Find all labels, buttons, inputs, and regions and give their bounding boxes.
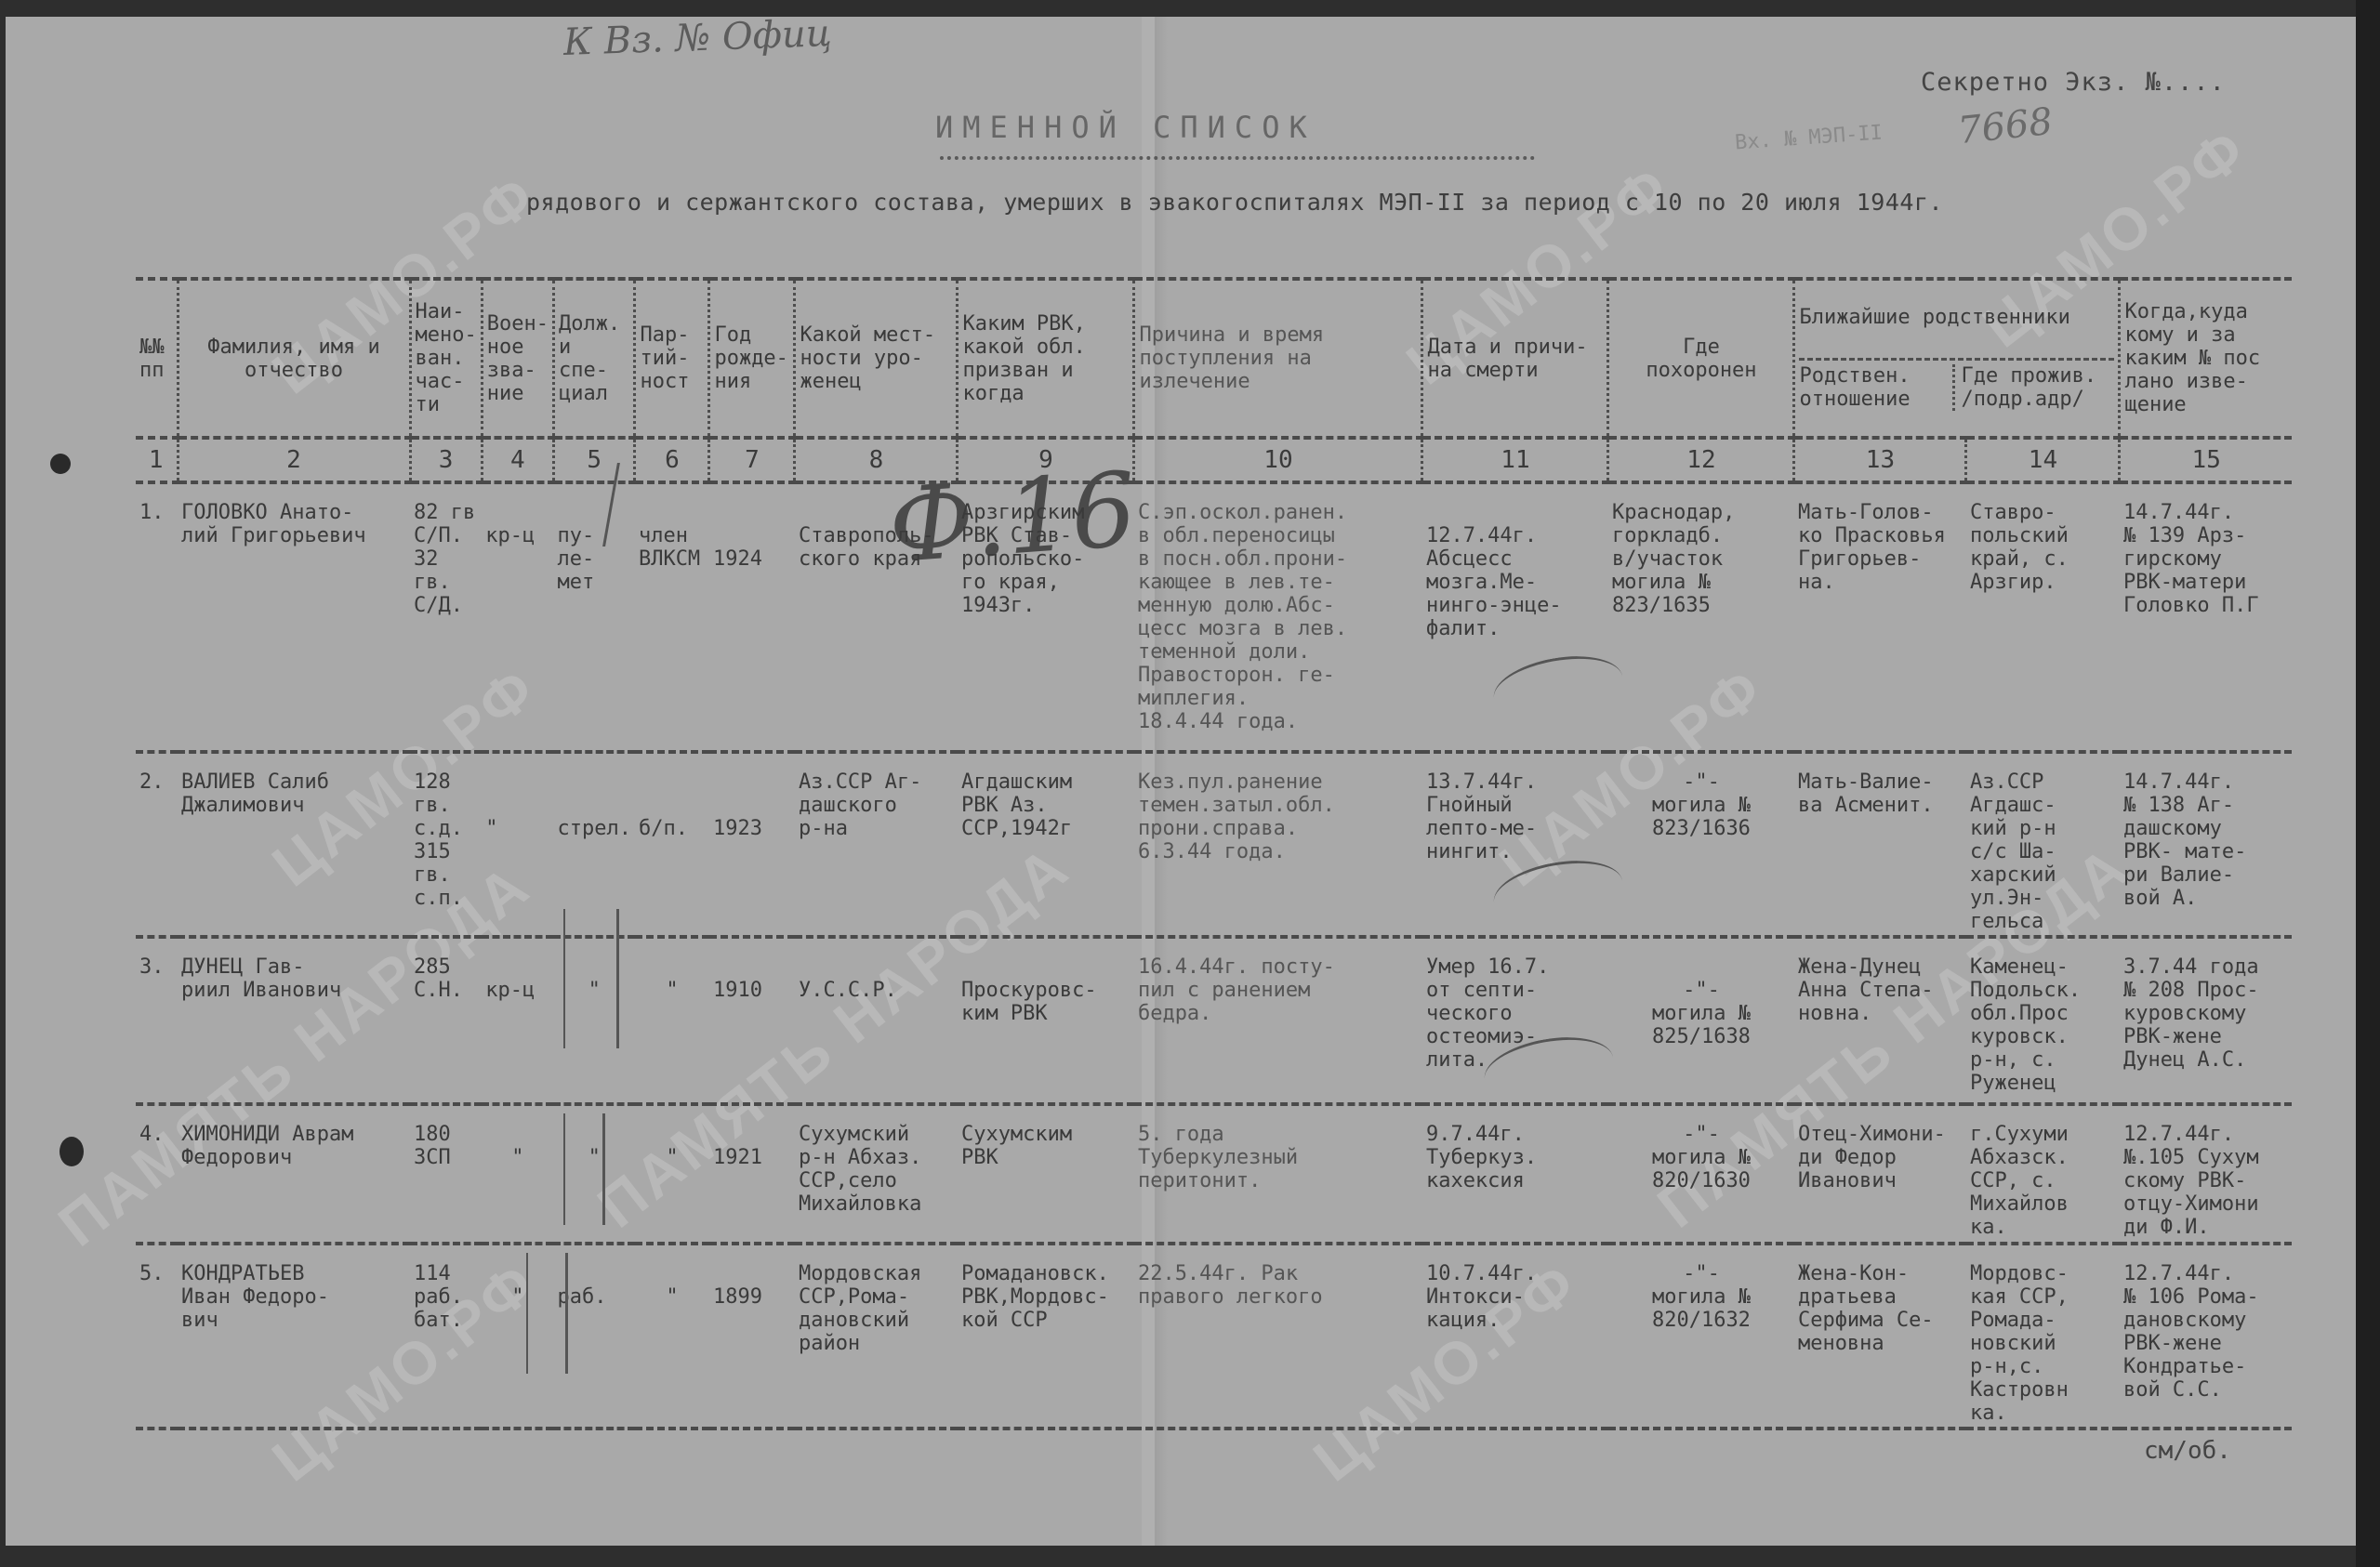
col-header-buried: Где похоронен (1608, 279, 1794, 438)
unit: 82 гв С/П. 32 гв. С/Д. (410, 482, 482, 752)
row-number: 2. (136, 752, 178, 937)
burial-place: -"- могила № 820/1630 (1608, 1104, 1794, 1244)
table-header-row: №№ пп Фамилия, имя и отчество Наи- мено-… (136, 279, 2292, 438)
origin: У.С.С.Р. (795, 937, 958, 1104)
birth-year: 1921 (709, 1104, 795, 1244)
col-num: 8 (795, 438, 958, 482)
col-num: 10 (1134, 438, 1422, 482)
origin: Сухумский р-н Абхаз. ССР,село Михайловка (795, 1104, 958, 1244)
relative-address: Каменец- Подольск. обл.Прос куровск. р-н… (1966, 937, 2120, 1104)
full-name: ВАЛИЕВ Салиб Джалимович (178, 752, 410, 937)
notice-sent: 14.7.44г. № 139 Арз- гирскому РВК-матери… (2120, 482, 2292, 752)
notice-sent: 12.7.44г. №.105 Сухум скому РВК- отцу-Хи… (2120, 1104, 2292, 1244)
pen-check-mark (563, 1113, 605, 1225)
relative-relation: Мать-Валие- ва Асменит. (1794, 752, 1966, 937)
relative-relation: Жена-Дунец Анна Степа- новна. (1794, 937, 1966, 1104)
full-name: ДУНЕЦ Гав- риил Иванович (178, 937, 410, 1104)
party: " (635, 937, 709, 1104)
birth-year: 1899 (709, 1244, 795, 1429)
admission: С.эп.оскол.ранен. в обл.переносицы в пос… (1134, 482, 1422, 752)
col-num: 12 (1608, 438, 1794, 482)
document-subtitle: рядового и сержантского состава, умерших… (526, 189, 1943, 216)
punch-hole (59, 1137, 84, 1166)
rank: " (482, 1104, 553, 1244)
unit: 128 гв. с.д. 315 гв. с.п. (410, 752, 482, 937)
col-num: 13 (1794, 438, 1966, 482)
table-row: 2. ВАЛИЕВ Салиб Джалимович 128 гв. с.д. … (136, 752, 2292, 937)
secrecy-label: Секретно Экз. №.... (1921, 68, 2226, 97)
pen-check-mark (563, 909, 619, 1048)
col-header-notice: Когда,куда кому и за каким № пос лано из… (2120, 279, 2292, 438)
birth-year: 1924 (709, 482, 795, 752)
table-row: 1. ГОЛОВКО Анато- лий Григорьевич 82 гв … (136, 482, 2292, 752)
rvk: Агдашским РВК Аз. ССР,1942г (958, 752, 1134, 937)
col-header-rank: Воен- ное зва- ние (482, 279, 553, 438)
rank: " (482, 752, 553, 937)
birth-year: 1923 (709, 752, 795, 937)
burial-place: -"- могила № 825/1638 (1608, 937, 1794, 1104)
scan-edge (2356, 0, 2380, 1567)
col-num: 4 (482, 438, 553, 482)
party: " (635, 1104, 709, 1244)
notice-sent: 14.7.44г. № 138 Аг- дашскому РВК- мате- … (2120, 752, 2292, 937)
see-reverse-note: см/об. (2144, 1437, 2231, 1465)
col-group-relatives: Ближайшие родственники Родствен. отношен… (1794, 279, 2120, 438)
col-header-rvk: Каким РВК, какой обл. призван и когда (958, 279, 1134, 438)
row-number: 5. (136, 1244, 178, 1429)
group-header-relatives: Ближайшие родственники (1799, 306, 2114, 329)
col-num: 11 (1422, 438, 1608, 482)
col-num: 6 (635, 438, 709, 482)
relative-relation: Мать-Голов- ко Прасковья Григорьев- на. (1794, 482, 1966, 752)
relative-relation: Жена-Кон- дратьева Серфима Се- меновна (1794, 1244, 1966, 1429)
col-header-origin: Какой мест- ности уро- женец (795, 279, 958, 438)
rank: кр-ц (482, 937, 553, 1104)
burial-place: -"- могила № 823/1636 (1608, 752, 1794, 937)
relative-address: Аз.ССР Агдашс- кий р-н с/с Ша- харский у… (1966, 752, 2120, 937)
relative-address: Ставро- польский край, с. Арзгир. (1966, 482, 2120, 752)
registration-stamp: Вх. № МЭП-II (1734, 121, 1883, 154)
unit: 180 ЗСП (410, 1104, 482, 1244)
title-underline (940, 156, 1535, 160)
col-num: 15 (2120, 438, 2292, 482)
death: 10.7.44г. Интокси- кация. (1422, 1244, 1608, 1429)
death: 9.7.44г. Туберкуз. кахексия (1422, 1104, 1608, 1244)
origin: Ставрополь- ского края (795, 482, 958, 752)
col-num: 2 (178, 438, 410, 482)
relatives-subheaders: Родствен. отношение Где прожив. /подр.ад… (1799, 358, 2114, 411)
col-header-death: Дата и причи- на смерти (1422, 279, 1608, 438)
col-header-relation: Родствен. отношение (1799, 364, 1952, 411)
rvk: Арзгирским РВК Став- ропольско- го края,… (958, 482, 1134, 752)
column-number-row: 1 2 3 4 5 6 7 8 9 10 11 12 13 14 15 (136, 438, 2292, 482)
burial-place: Краснодар, горкладб. в/участок могила № … (1608, 482, 1794, 752)
rank: кр-ц (482, 482, 553, 752)
full-name: КОНДРАТЬЕВ Иван Федоро- вич (178, 1244, 410, 1429)
rvk: Ромадановск. РВК,Мордовс- кой ССР (958, 1244, 1134, 1429)
registration-number: 7668 (1956, 100, 2055, 152)
col-header-position: Долж. и спе- циал (553, 279, 634, 438)
punch-hole (50, 454, 71, 474)
unit: 114 раб. бат. (410, 1244, 482, 1429)
row-number: 1. (136, 482, 178, 752)
admission: 5. года Туберкулезный перитонит. (1134, 1104, 1422, 1244)
document-page: ЦАМО.РФ ЦАМО.РФ ЦАМО.РФ ЦАМО.РФ ЦАМО.РФ … (6, 17, 2358, 1546)
notice-sent: 3.7.44 года № 208 Прос- куровскому РВК-ж… (2120, 937, 2292, 1104)
table-end-rule (136, 1429, 2292, 1434)
document-title: ИМЕННОЙ СПИСОК (935, 110, 1316, 145)
party: б/п. (635, 752, 709, 937)
casualty-table: №№ пп Фамилия, имя и отчество Наи- мено-… (136, 277, 2292, 1434)
col-header-birth-year: Год рожде- ния (709, 279, 795, 438)
notice-sent: 12.7.44г. № 106 Рома- дановскому РВК-жен… (2120, 1244, 2292, 1429)
party: член ВЛКСМ (635, 482, 709, 752)
origin: Аз.ССР Аг- дашского р-на (795, 752, 958, 937)
col-num: 9 (958, 438, 1134, 482)
full-name: ХИМОНИДИ Аврам Федорович (178, 1104, 410, 1244)
rvk: Проскуровс- ким РВК (958, 937, 1134, 1104)
unit: 285 С.Н. (410, 937, 482, 1104)
col-header-address: Где прожив. /подр.адр/ (1952, 364, 2114, 411)
birth-year: 1910 (709, 937, 795, 1104)
col-num: 3 (410, 438, 482, 482)
relative-address: Мордовс- кая ССР, Ромада- новский р-н,с.… (1966, 1244, 2120, 1429)
col-header-unit: Наи- мено- ван. час- ти (410, 279, 482, 438)
table-row: 4. ХИМОНИДИ Аврам Федорович 180 ЗСП " " … (136, 1104, 2292, 1244)
table-row: 5. КОНДРАТЬЕВ Иван Федоро- вич 114 раб. … (136, 1244, 2292, 1429)
col-header-name: Фамилия, имя и отчество (178, 279, 410, 438)
pen-check-mark (526, 1253, 568, 1374)
handwritten-note: К Вз. № Офиц (562, 12, 832, 64)
admission: Кез.пул.ранение темен.затыл.обл. прони.с… (1134, 752, 1422, 937)
row-number: 3. (136, 937, 178, 1104)
relative-relation: Отец-Химони- ди Федор Иванович (1794, 1104, 1966, 1244)
col-header-admission: Причина и время поступления на излечение (1134, 279, 1422, 438)
row-number: 4. (136, 1104, 178, 1244)
origin: Мордовская ССР,Рома- дановский район (795, 1244, 958, 1429)
burial-place: -"- могила № 820/1632 (1608, 1244, 1794, 1429)
admission: 16.4.44г. посту- пил с ранением бедра. (1134, 937, 1422, 1104)
table-row: 3. ДУНЕЦ Гав- риил Иванович 285 С.Н. кр-… (136, 937, 2292, 1104)
admission: 22.5.44г. Рак правого легкого (1134, 1244, 1422, 1429)
party: " (635, 1244, 709, 1429)
full-name: ГОЛОВКО Анато- лий Григорьевич (178, 482, 410, 752)
col-header-party: Пар- тий- ност (635, 279, 709, 438)
rvk: Сухумским РВК (958, 1104, 1134, 1244)
col-num: 7 (709, 438, 795, 482)
relative-address: г.Сухуми Абхазск. ССР, с. Михайлов ка. (1966, 1104, 2120, 1244)
col-num: 14 (1966, 438, 2120, 482)
col-num: 1 (136, 438, 178, 482)
col-header-number: №№ пп (136, 279, 178, 438)
